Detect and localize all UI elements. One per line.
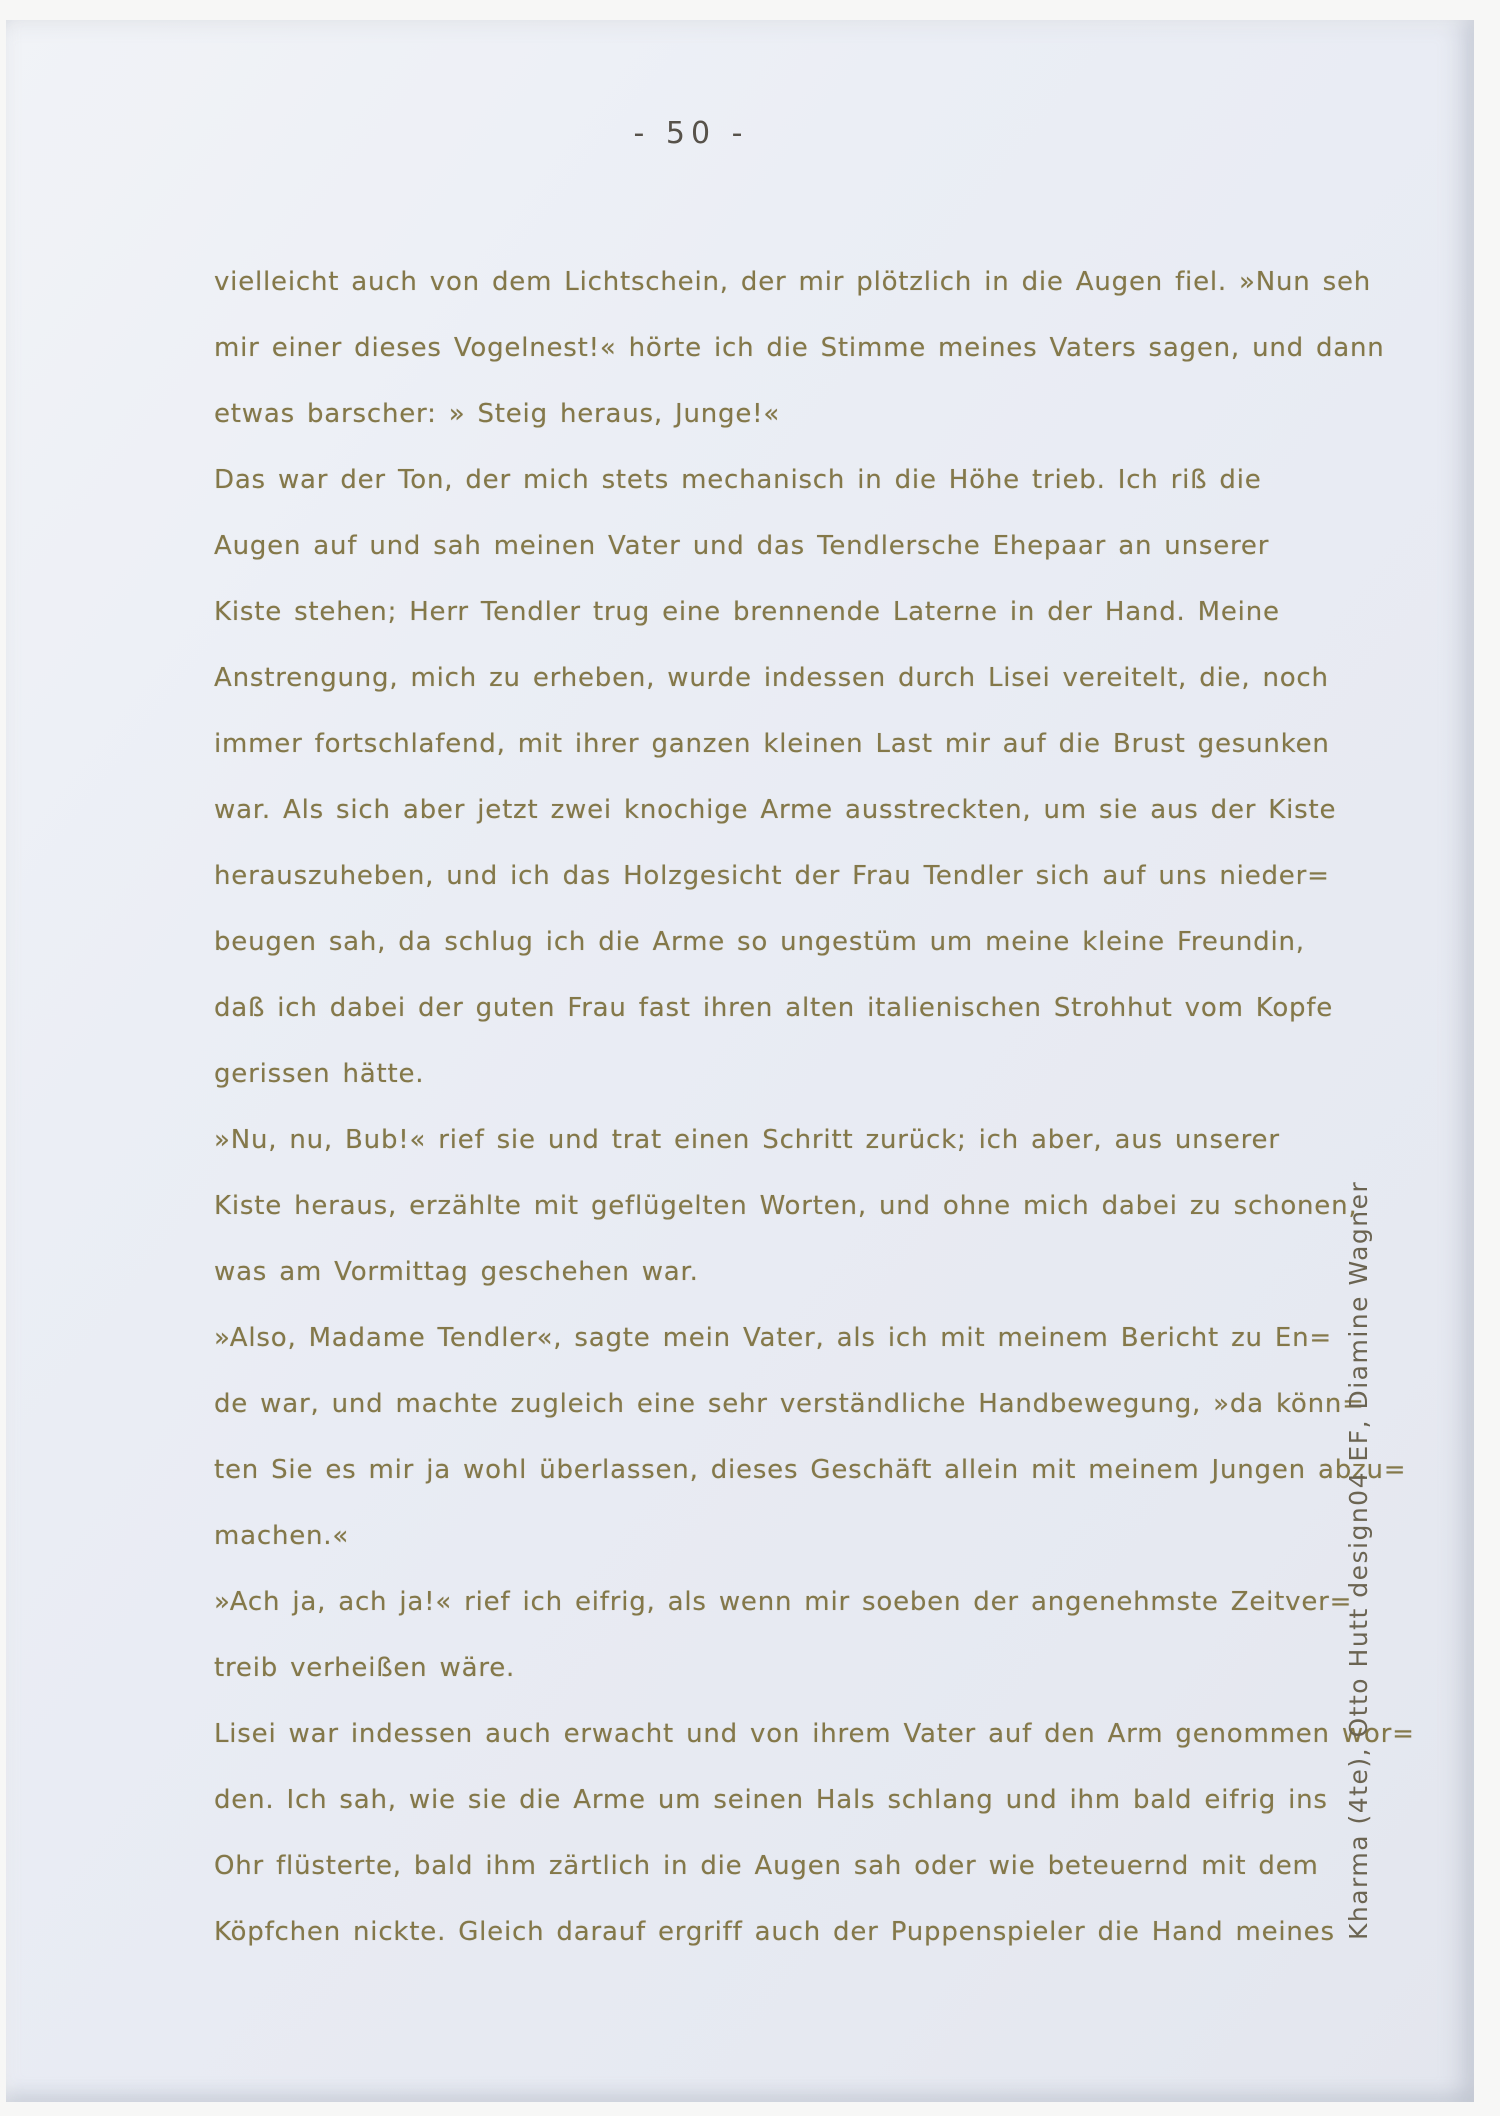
text-line: vielleicht auch von dem Lichtschein, der… bbox=[214, 249, 1319, 315]
text-line: immer fortschlafend, mit ihrer ganzen kl… bbox=[214, 711, 1319, 777]
text-line: ten Sie es mir ja wohl überlassen, diese… bbox=[214, 1437, 1319, 1503]
text-line: Kiste stehen; Herr Tendler trug eine bre… bbox=[214, 579, 1319, 645]
text-line: Anstrengung, mich zu erheben, wurde inde… bbox=[214, 645, 1319, 711]
manuscript: vielleicht auch von dem Lichtschein, der… bbox=[214, 249, 1319, 1965]
text-line: herauszuheben, und ich das Holzgesicht d… bbox=[214, 843, 1319, 909]
text-line: den. Ich sah, wie sie die Arme um seinen… bbox=[214, 1767, 1319, 1833]
text-line: Das war der Ton, der mich stets mechanis… bbox=[214, 447, 1319, 513]
text-line: Lisei war indessen auch erwacht und von … bbox=[214, 1701, 1319, 1767]
text-line: war. Als sich aber jetzt zwei knochige A… bbox=[214, 777, 1319, 843]
text-line: machen.« bbox=[214, 1503, 1319, 1569]
text-line: de war, und machte zugleich eine sehr ve… bbox=[214, 1371, 1319, 1437]
text-line: Kiste heraus, erzählte mit geflügelten W… bbox=[214, 1173, 1319, 1239]
text-line: Augen auf und sah meinen Vater und das T… bbox=[214, 513, 1319, 579]
pen-ink-side-note: Kharma (4te), Otto Hutt design04 EF, Dia… bbox=[1344, 1220, 1402, 1940]
text-line: beugen sah, da schlug ich die Arme so un… bbox=[214, 909, 1319, 975]
text-line: »Ach ja, ach ja!« rief ich eifrig, als w… bbox=[214, 1569, 1319, 1635]
text-line: gerissen hätte. bbox=[214, 1041, 1319, 1107]
text-line: treib verheißen wäre. bbox=[214, 1635, 1319, 1701]
text-line: etwas barscher: » Steig heraus, Junge!« bbox=[214, 381, 1319, 447]
paper-sheet: - 50 - vielleicht auch von dem Lichtsche… bbox=[6, 20, 1474, 2102]
text-line: mir einer dieses Vogelnest!« hörte ich d… bbox=[214, 315, 1319, 381]
text-line: »Nu, nu, Bub!« rief sie und trat einen S… bbox=[214, 1107, 1319, 1173]
page-number: - 50 - bbox=[566, 116, 816, 151]
text-line: was am Vormittag geschehen war. bbox=[214, 1239, 1319, 1305]
text-line: daß ich dabei der guten Frau fast ihren … bbox=[214, 975, 1319, 1041]
text-line: »Also, Madame Tendler«, sagte mein Vater… bbox=[214, 1305, 1319, 1371]
text-line: Köpfchen nickte. Gleich darauf ergriff a… bbox=[214, 1899, 1319, 1965]
text-line: Ohr flüsterte, bald ihm zärtlich in die … bbox=[214, 1833, 1319, 1899]
